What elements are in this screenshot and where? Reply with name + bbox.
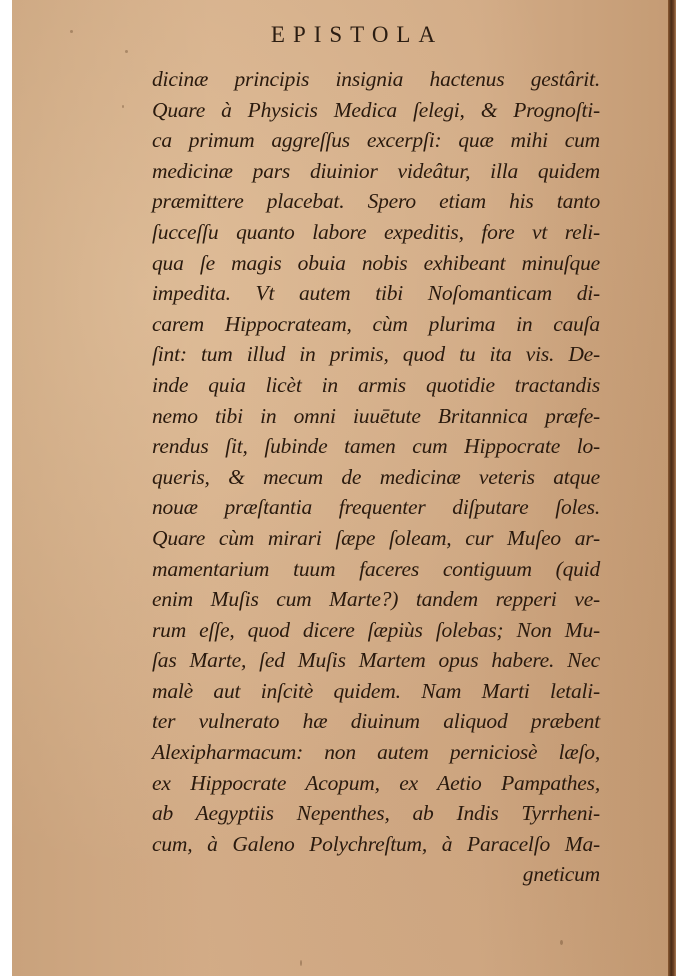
text-line: nemo tibi in omni iuuētute Britannica pr… [152,401,600,432]
text-line: rendus ſit, ſubinde tamen cum Hippocrate… [152,431,600,462]
text-line: nouæ præſtantia frequenter diſputare ſol… [152,492,600,523]
text-line: præmittere placebat. Spero etiam his tan… [152,186,600,217]
text-line: queris, & mecum de medicinæ veteris atqu… [152,462,600,493]
text-line: ter vulnerato hæ diuinum aliquod præbent [152,706,600,737]
text-line: Quare à Physicis Medica ſelegi, & Progno… [152,95,600,126]
text-line: Quare cùm mirari ſæpe ſoleam, cur Muſeo … [152,523,600,554]
text-line: mamentarium tuum faceres contiguum (quid [152,554,600,585]
text-line: ca primum aggreſſus excerpſi: quæ mihi c… [152,125,600,156]
text-line: rum eſſe, quod dicere ſæpiùs ſolebas; No… [152,615,600,646]
text-line: qua ſe magis obuia nobis exhibeant minuſ… [152,248,600,279]
text-line: Alexipharmacum: non autem perniciosè læſ… [152,737,600,768]
paper-speck [125,50,128,53]
body-text: dicinæ principis insignia hactenus gestâ… [152,64,600,890]
text-line: ſint: tum illud in primis, quod tu ita v… [152,339,600,370]
book-binding-edge [668,0,676,976]
text-line: ſas Marte, ſed Muſis Martem opus habere.… [152,645,600,676]
text-line: malè aut inſcitè quidem. Nam Marti letal… [152,676,600,707]
text-line: dicinæ principis insignia hactenus gestâ… [152,64,600,95]
text-line: carem Hippocrateam, cùm plurima in cauſa [152,309,600,340]
text-line: medicinæ pars diuinior videâtur, illa qu… [152,156,600,187]
text-line: cum, à Galeno Polychreſtum, à Paracelſo … [152,829,600,860]
running-head: EPISTOLA [0,22,690,48]
text-line: enim Muſis cum Marte?) tandem repperi ve… [152,584,600,615]
text-line: ex Hippocrate Acopum, ex Aetio Pampathes… [152,768,600,799]
text-line: ſucceſſu quanto labore expeditis, fore v… [152,217,600,248]
text-line: impedita. Vt autem tibi Noſomanticam di- [152,278,600,309]
right-margin [676,0,690,976]
catchword: gneticum [152,859,600,890]
text-line: ab Aegyptiis Nepenthes, ab Indis Tyrrhen… [152,798,600,829]
paper-speck [122,105,124,108]
text-line: inde quia licèt in armis quotidie tracta… [152,370,600,401]
paper-speck [560,940,563,945]
paper-speck [300,960,302,966]
